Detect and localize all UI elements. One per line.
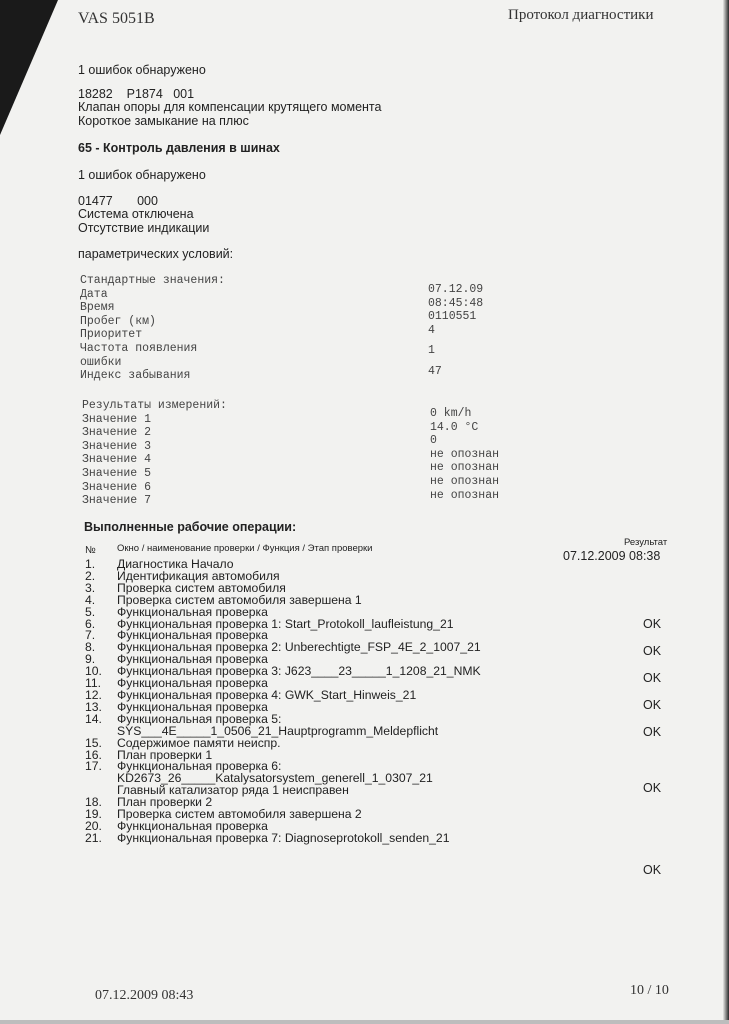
fault-count: 1 ошибок обнаружено <box>78 169 206 182</box>
measurements-heading: Результаты измерений: <box>82 399 227 413</box>
result-ok: OK <box>643 863 661 877</box>
label-mileage: Пробег (км) <box>80 315 225 329</box>
measurement-value: 14.0 °C <box>430 421 499 435</box>
value-unlearn-index: 47 <box>428 365 442 379</box>
measurement-label: Значение 1 <box>82 413 227 427</box>
fault-detail: Отсутствие индикации <box>78 222 209 235</box>
result-ok: OK <box>643 725 661 739</box>
standard-values-heading: Стандартные значения: <box>80 274 225 288</box>
measurement-value: не опознан <box>430 448 499 462</box>
value-mileage: 0110551 <box>428 310 476 324</box>
operation-number: 21. <box>85 833 117 845</box>
measurement-label: Значение 4 <box>82 453 227 467</box>
result-ok: OK <box>643 671 661 685</box>
scan-shadow-bottom-edge <box>0 1020 729 1024</box>
measurement-value: 0 km/h <box>430 407 499 421</box>
fault-description: Система отключена <box>78 208 194 221</box>
result-ok: OK <box>643 644 661 658</box>
col-num-header: № <box>85 545 96 556</box>
measurements: Результаты измерений: Значение 1 Значени… <box>82 399 227 508</box>
fault-detail: Короткое замыкание на плюс <box>78 115 249 128</box>
standard-values: Стандартные значения: Дата Время Пробег … <box>80 274 225 383</box>
document-title: Протокол диагностики <box>508 7 653 24</box>
operation-row: 21.Функциональная проверка 7: Diagnosepr… <box>85 833 665 845</box>
print-datetime: 07.12.2009 08:43 <box>95 988 193 1004</box>
value-date: 07.12.09 <box>428 283 483 297</box>
scan-shadow-corner <box>0 0 58 135</box>
result-ok: OK <box>643 617 661 631</box>
measurement-values: 0 km/h 14.0 °C 0 не опознан не опознан н… <box>430 407 499 502</box>
operation-number <box>85 773 117 785</box>
result-ok: OK <box>643 781 661 795</box>
measurement-label: Значение 6 <box>82 481 227 495</box>
label-time: Время <box>80 301 225 315</box>
label-unlearn-index: Индекс забывания <box>80 369 225 383</box>
page-number: 10 / 10 <box>630 983 669 999</box>
scan-shadow-right-edge <box>723 0 729 1024</box>
operation-number: 17. <box>85 761 117 773</box>
conditions-label: параметрических условий: <box>78 248 233 261</box>
result-ok: OK <box>643 698 661 712</box>
col-result-header: Результат <box>624 537 667 548</box>
measurement-value: 0 <box>430 434 499 448</box>
section-title: 65 - Контроль давления в шинах <box>78 142 280 155</box>
measurement-value: не опознан <box>430 489 499 503</box>
operation-number: 14. <box>85 714 117 726</box>
device-name: VAS 5051B <box>78 10 155 28</box>
label-frequency: Частота появления <box>80 342 225 356</box>
operations-list: 1.Диагностика Начало2.Идентификация авто… <box>85 559 665 845</box>
operations-title: Выполненные рабочие операции: <box>84 521 296 534</box>
measurement-label: Значение 3 <box>82 440 227 454</box>
measurement-label: Значение 2 <box>82 426 227 440</box>
value-time: 08:45:48 <box>428 297 483 311</box>
measurement-value: не опознан <box>430 461 499 475</box>
measurement-value: не опознан <box>430 475 499 489</box>
label-frequency-cont: ошибки <box>80 356 225 370</box>
label-priority: Приоритет <box>80 328 225 342</box>
value-priority: 4 <box>428 324 435 338</box>
measurement-label: Значение 7 <box>82 494 227 508</box>
col-name-header: Окно / наименование проверки / Функция /… <box>117 543 372 554</box>
measurement-label: Значение 5 <box>82 467 227 481</box>
fault-count: 1 ошибок обнаружено <box>78 64 206 77</box>
operation-text: Функциональная проверка 7: Diagnoseproto… <box>117 833 665 845</box>
label-date: Дата <box>80 288 225 302</box>
value-frequency: 1 <box>428 344 435 358</box>
fault-description: Клапан опоры для компенсации крутящего м… <box>78 101 381 114</box>
